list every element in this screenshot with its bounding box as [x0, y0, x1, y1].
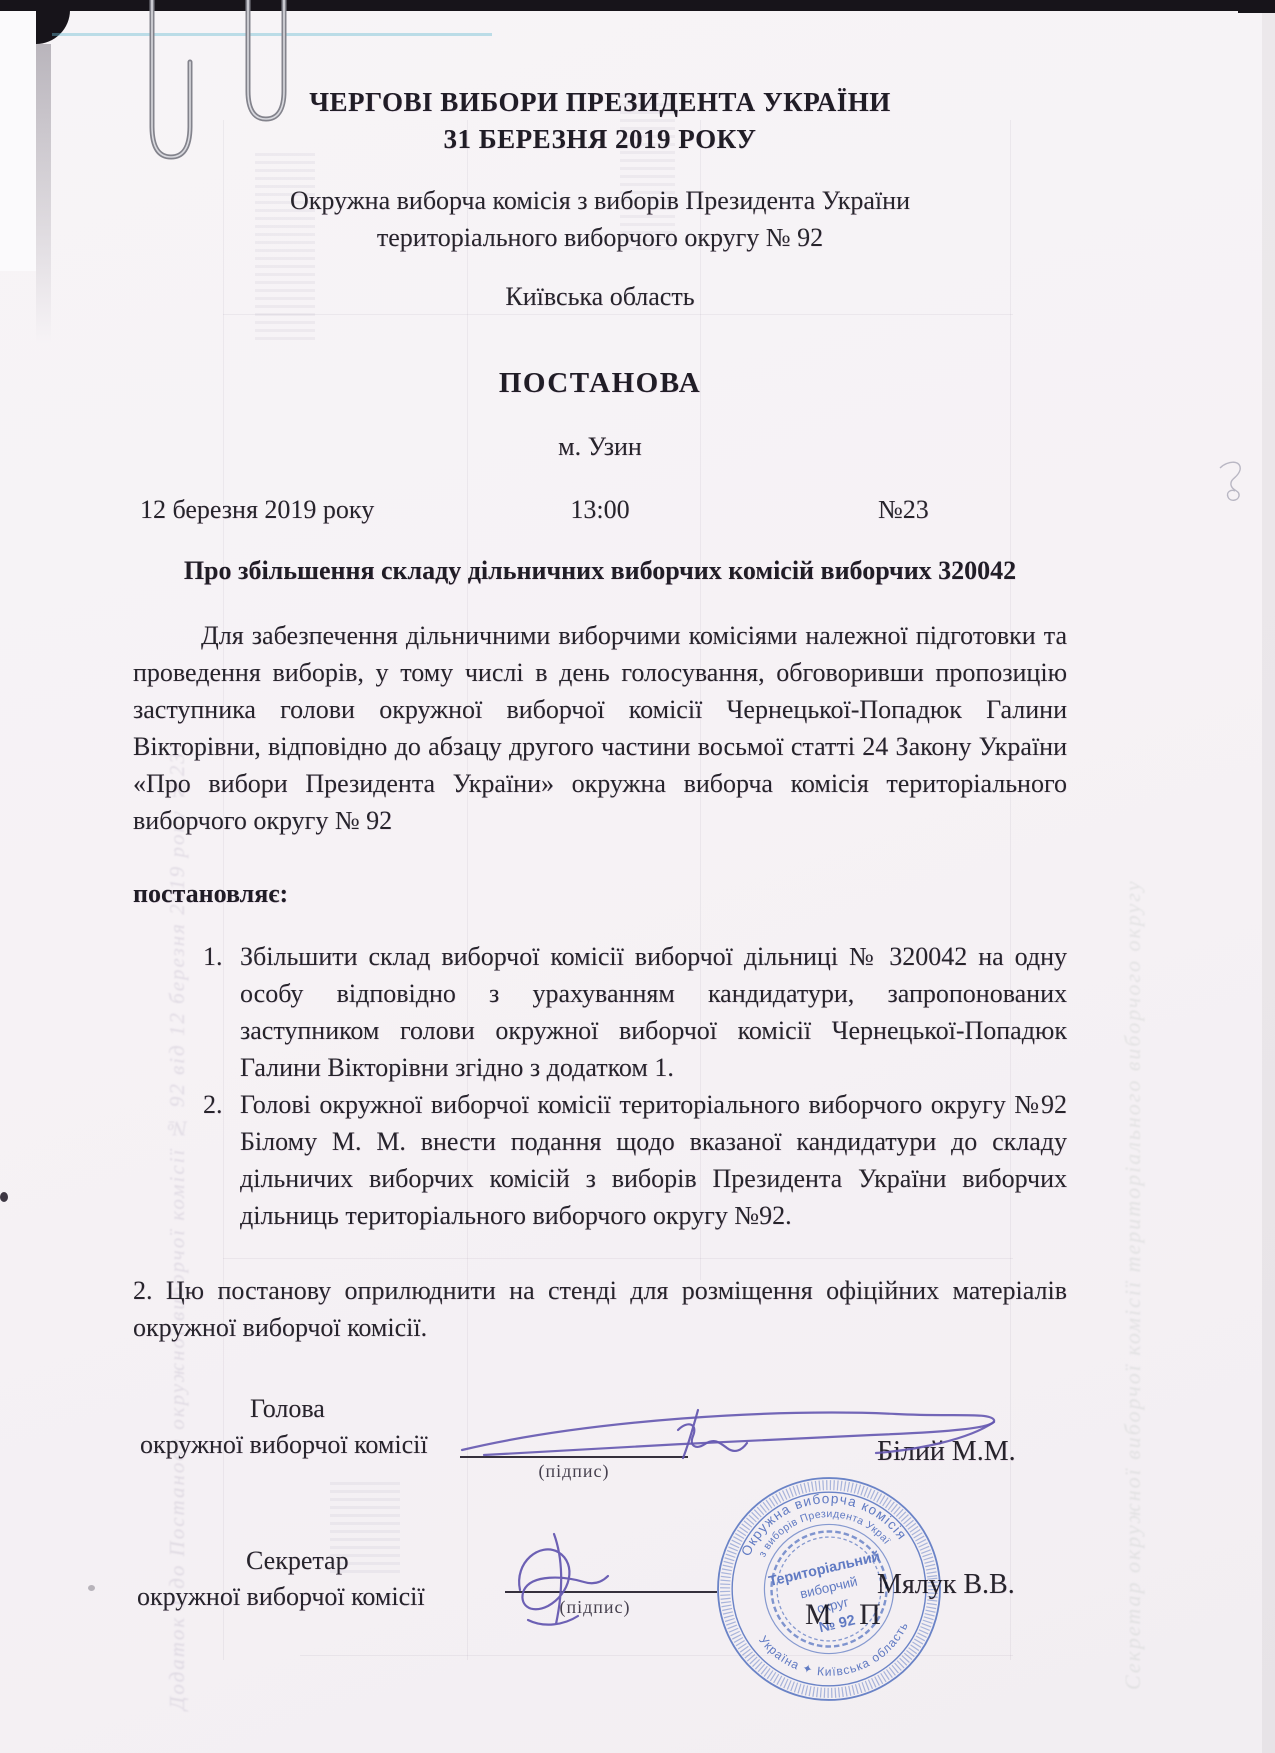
preamble-paragraph: Для забезпечення дільничними виборчими к…: [133, 617, 1067, 839]
secretary-signature-ink: [492, 1528, 622, 1638]
meta-row: 12 березня 2019 року 13:00 №23: [133, 491, 1067, 528]
secretary-role-line2: окружної виборчої комісії: [137, 1579, 425, 1615]
scanned-document-page: { "header": { "title_line1": "ЧЕРГОВІ ВИ…: [0, 0, 1275, 1753]
official-round-stamp: Окружна виборча комісія з виборів Презид…: [702, 1462, 957, 1717]
item-text: Голові окружної виборчої комісії територ…: [240, 1090, 1067, 1230]
pencil-mark: [1216, 458, 1252, 504]
svg-text:округ: округ: [815, 1594, 850, 1616]
item-number: 2.: [203, 1086, 223, 1123]
region-name: Київська область: [133, 278, 1067, 315]
commission-name-line1: Окружна виборча комісія з виборів Презид…: [133, 182, 1067, 219]
resolves-label: постановляє:: [133, 875, 1067, 912]
document-content: ЧЕРГОВІ ВИБОРИ ПРЕЗИДЕНТА УКРАЇНИ 31 БЕР…: [133, 0, 1067, 1372]
underlying-page-edge: [36, 44, 51, 344]
document-subject: Про збільшення складу дільничних виборчи…: [133, 552, 1067, 589]
item-number: 1.: [203, 938, 223, 975]
secretary-role-line1: Секретар: [246, 1543, 349, 1579]
svg-text:№ 92: № 92: [818, 1613, 857, 1637]
resolution-item-2: 2. Голові окружної виборчої комісії тери…: [133, 1086, 1067, 1234]
scan-speck-left: [0, 1192, 8, 1202]
scan-left-margin: [0, 11, 36, 271]
head-signature-ink: [448, 1398, 1008, 1468]
item-text: Збільшити склад виборчої комісії виборчо…: [240, 942, 1067, 1082]
resolution-item-1: 1. Збільшити склад виборчої комісії вибо…: [133, 938, 1067, 1086]
head-role-line2: окружної виборчої комісії: [140, 1427, 428, 1463]
document-type: ПОСТАНОВА: [133, 365, 1067, 402]
resolution-list: 1. Збільшити склад виборчої комісії вибо…: [133, 938, 1067, 1234]
scan-speck-mid: [88, 1585, 95, 1591]
place-name: м. Узин: [133, 428, 1067, 465]
election-title-line1: ЧЕРГОВІ ВИБОРИ ПРЕЗИДЕНТА УКРАЇНИ: [133, 84, 1067, 121]
election-title-line2: 31 БЕРЕЗНЯ 2019 РОКУ: [133, 121, 1067, 158]
stamp-center-text: Територіальний виборчий округ № 92: [767, 1549, 894, 1645]
commission-name-line2: територіального виборчого округу № 92: [133, 219, 1067, 256]
head-role-line1: Голова: [250, 1391, 325, 1427]
scan-right-edge-shade: [1262, 0, 1275, 1753]
scan-top-right-corner: [1238, 0, 1275, 13]
bleedthrough-text-right: Секретар окружної виборчої комісії терит…: [1120, 1130, 1146, 1690]
document-number: №23: [878, 491, 929, 528]
publication-paragraph: 2. Цю постанову оприлюднити на стенді дл…: [133, 1272, 1067, 1346]
